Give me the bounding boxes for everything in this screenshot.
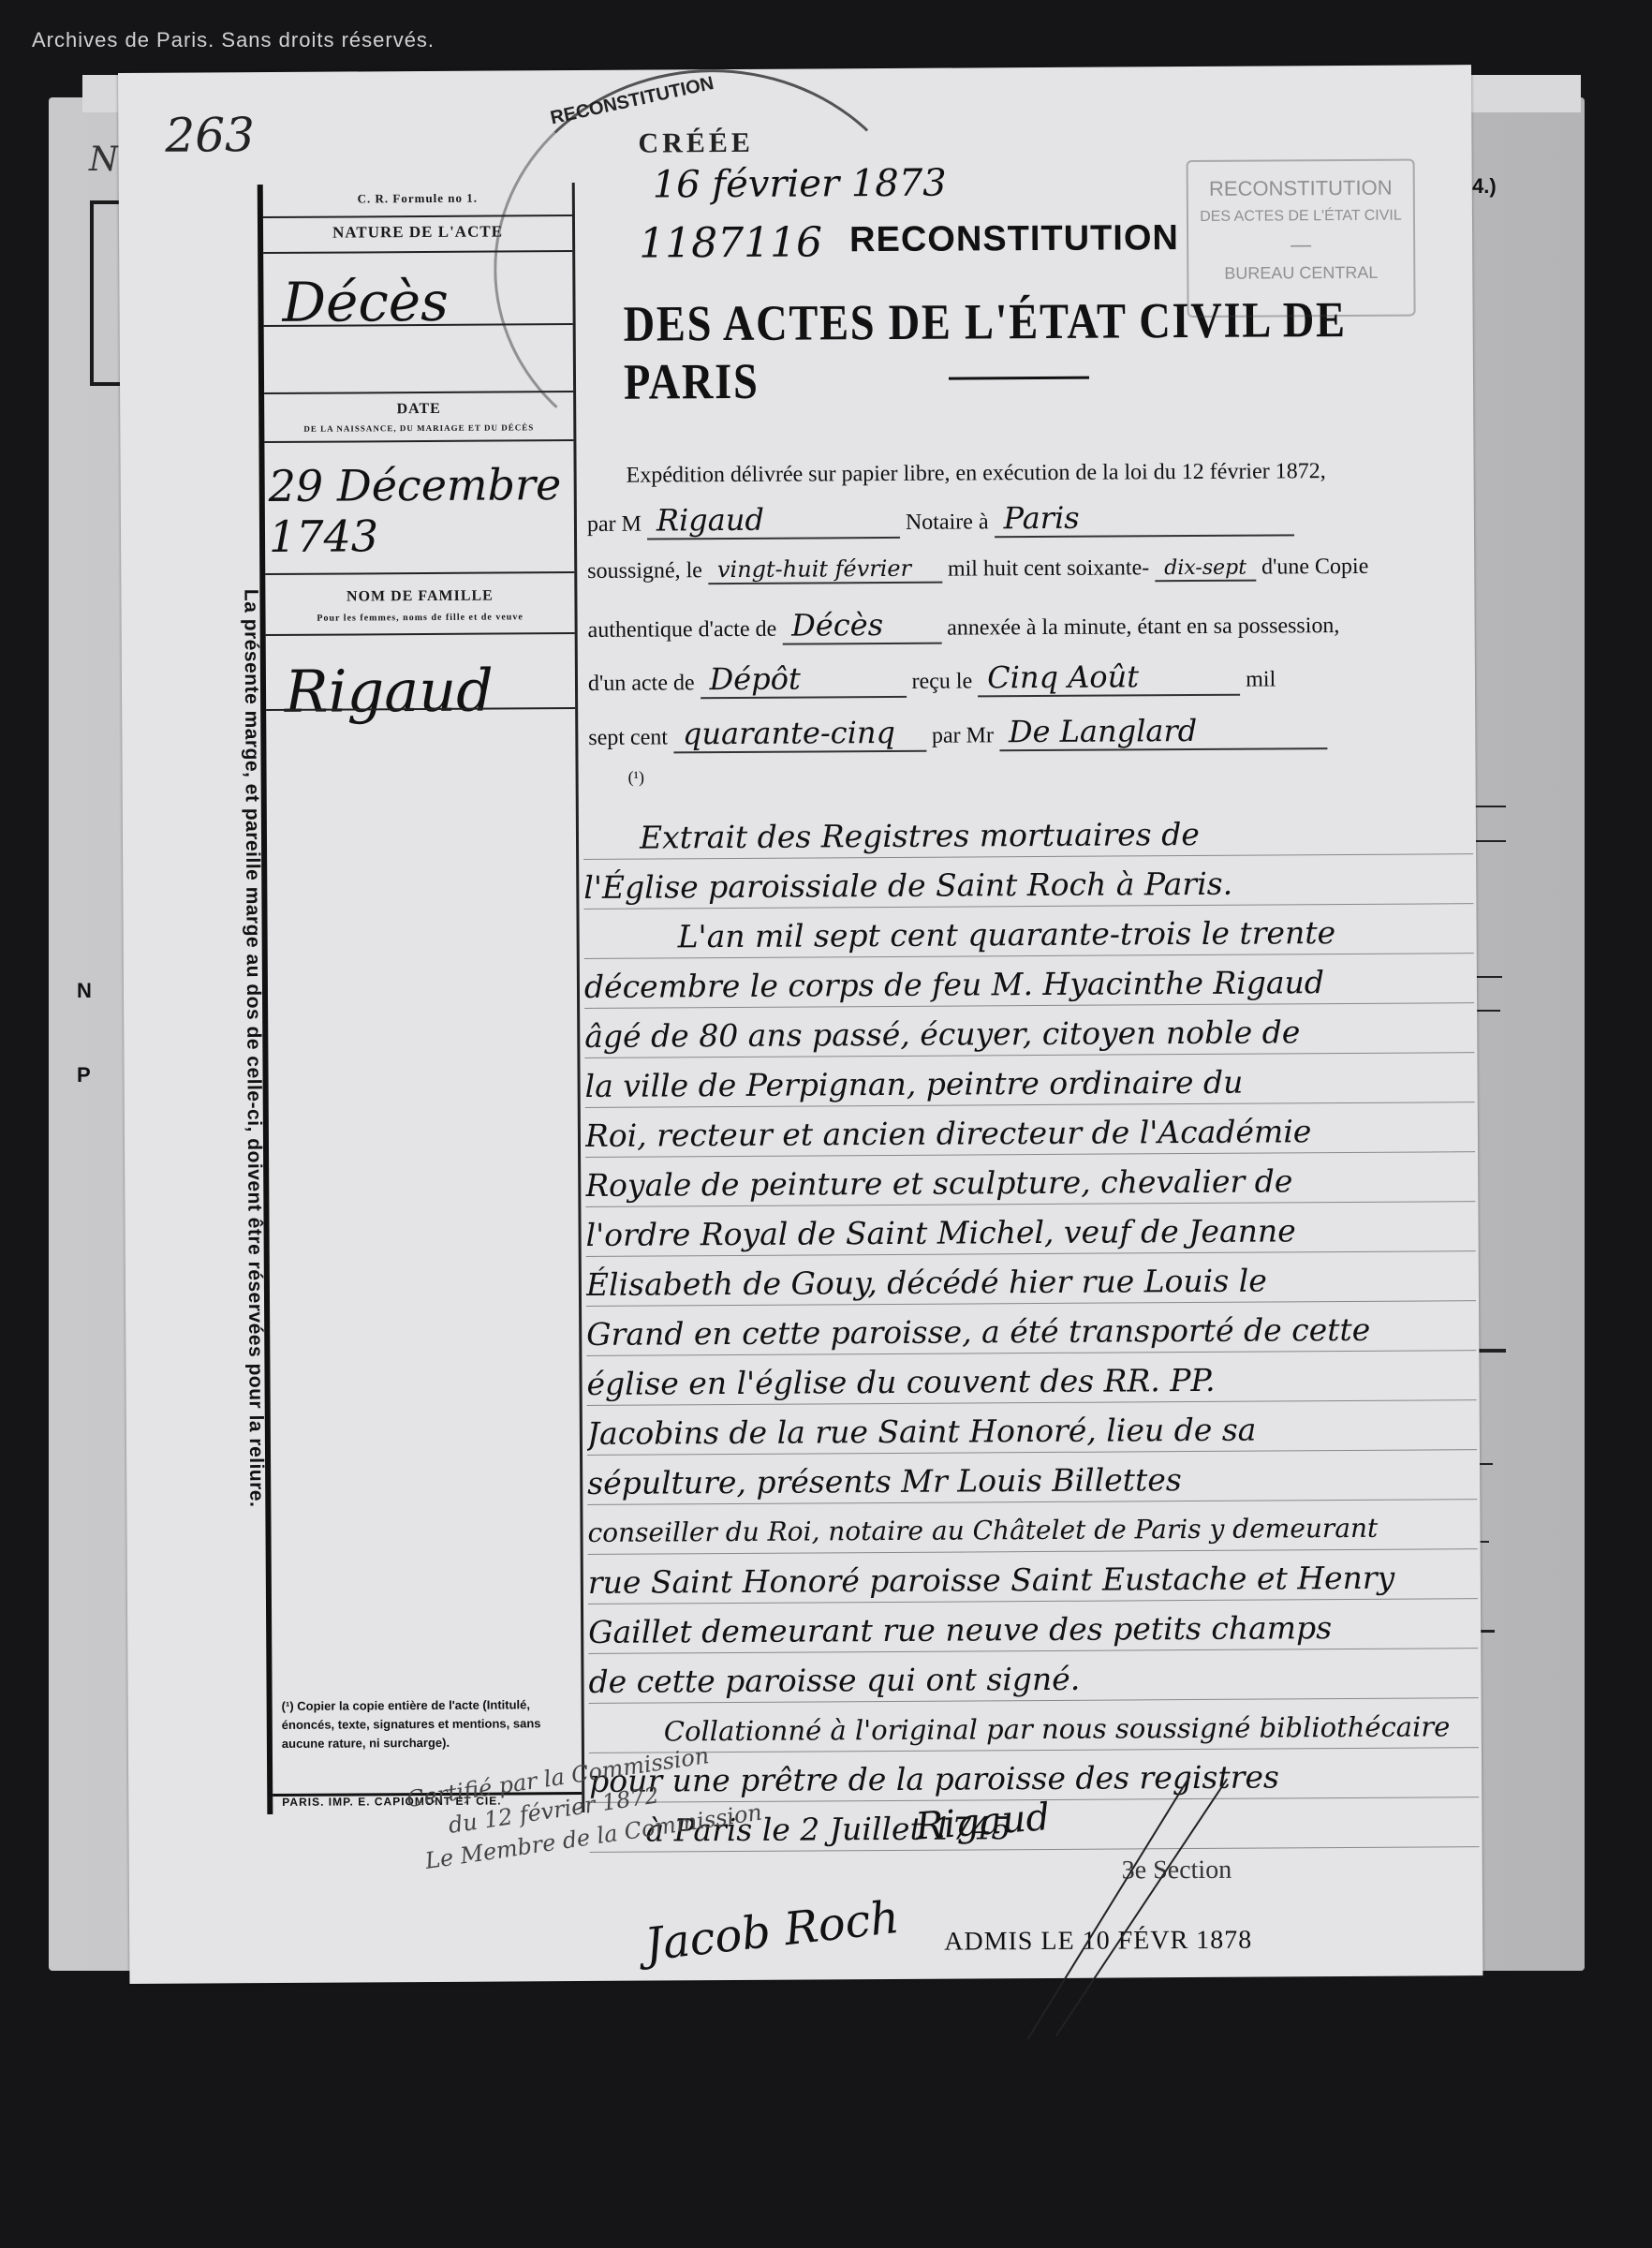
form-label: sept cent [588,725,668,750]
back-page-marker-p: P [77,1063,91,1087]
faded-stamp-line: — [1188,230,1413,259]
seal-date: 16 février 1873 [653,162,947,207]
form-label: d'une Copie [1261,555,1368,580]
seal-label: CRÉÉE [638,127,754,160]
form-label: annexée à la minute, étant en sa possess… [947,614,1339,641]
document-sheet: 263 RECONSTITUTION CRÉÉE 16 février 1873… [118,65,1482,1984]
back-page-marker-n: N [77,979,92,1003]
commission-signature: Jacob Roch [642,1891,902,1972]
page-number: 263 [165,108,255,163]
back-page-marker-right: 4.) [1472,174,1497,199]
form-line-notary: par M Rigaud Notaire à Paris [587,498,1294,540]
form-line-deposit-year: sept cent quarante-cinq par Mr De Langla… [588,712,1327,754]
form-label: mil [1246,667,1276,691]
title-reconstitution: RECONSTITUTION [849,218,1179,260]
margin-footnote: (¹) Copier la copie entière de l'acte (I… [282,1695,572,1753]
form-label: par Mr [932,723,994,747]
back-page-number: N [89,140,119,179]
archive-caption: Archives de Paris. Sans droits réservés. [32,28,435,52]
transcript-line: Roi, recteur et ancien directeur de l'Ac… [585,1102,1475,1158]
form-label: reçu le [912,669,973,693]
form-label: mil huit cent soixante- [948,555,1149,581]
transcript-line: L'an mil sept cent quarante-trois le tre… [583,904,1473,959]
transcript-line: Gaillet demeurant rue neuve des petits c… [588,1599,1478,1654]
handwritten-transcript: Extrait des Registres mortuaires de l'Ég… [583,805,1480,1853]
deposit-year: quarante-cinq [673,715,926,754]
footnote-marker: (¹) [628,768,645,788]
form-line-date: soussigné, le vingt-huit février mil hui… [587,553,1368,585]
nature-label: NATURE DE L'ACTE [263,222,572,243]
form-intro-text: Expédition délivrée sur papier libre, en… [627,459,1326,488]
transcript-line: Élisabeth de Gouy, décédé hier rue Louis… [586,1251,1476,1307]
transcript-line: Grand en cette paroisse, a été transport… [586,1301,1476,1356]
transcript-line: âgé de 80 ans passé, écuyer, citoyen nob… [584,1003,1474,1058]
date-label: DATE [264,400,573,419]
faded-stamp-line: RECONSTITUTION [1188,174,1413,203]
transcript-line: l'ordre Royal de Saint Michel, veuf de J… [585,1202,1475,1257]
issue-date: vingt-huit février [708,555,942,585]
act-type: Décès [782,607,941,645]
transcript-line: sépulture, présents Mr Louis Billettes [587,1450,1477,1505]
form-number: C. R. Formule no 1. [263,190,572,207]
faded-stamp: RECONSTITUTION DES ACTES DE L'ÉTAT CIVIL… [1187,159,1416,318]
form-intro: Expédition délivrée sur papier libre, en… [627,459,1326,489]
transcript-line: décembre le corps de feu M. Hyacinthe Ri… [584,954,1474,1009]
form-line-deposit: d'un acte de Dépôt reçu le Cinq Août mil [588,658,1276,699]
issue-year: dix-sept [1155,556,1256,583]
family-name-sublabel: Pour les femmes, noms de fille et de veu… [266,612,575,624]
deposit-notary: De Langlard [999,712,1327,751]
transcript-line: l'Église paroissiale de Saint Roch à Par… [583,854,1473,910]
deposit-date: Cinq Août [978,658,1240,698]
transcript-line: rue Saint Honoré paroisse Saint Eustache… [588,1549,1478,1605]
transcript-line: Jacobins de la rue Saint Honoré, lieu de… [587,1400,1477,1456]
form-line-type: authentique d'acte de Décès annexée à la… [588,604,1340,646]
transcript-line: église en l'église du couvent des RR. PP… [586,1351,1476,1406]
faded-stamp-line: DES ACTES DE L'ÉTAT CIVIL [1188,202,1413,231]
form-label: d'un acte de [588,671,695,696]
transcript-line: Royale de peinture et sculpture, chevali… [585,1152,1475,1207]
margin-column: C. R. Formule no 1. NATURE DE L'ACTE Déc… [258,183,585,1814]
faded-stamp-line: BUREAU CENTRAL [1188,259,1413,288]
form-label: par M [587,512,642,537]
form-label: soussigné, le [587,558,702,584]
form-label: Notaire à [906,510,989,535]
date-sublabel: DE LA NAISSANCE, DU MARIAGE ET DU DÉCÈS [264,422,573,434]
notary-name: Rigaud [647,501,900,540]
date-value: 29 Décembre 1743 [269,459,575,562]
notary-place: Paris [994,498,1293,538]
transcript-line: de cette paroisse qui ont signé. [588,1649,1478,1704]
family-name-label: NOM DE FAMILLE [265,587,574,606]
transcript-line: la ville de Perpignan, peintre ordinaire… [584,1053,1474,1108]
transcript-line: conseiller du Roi, notaire au Châtelet d… [587,1500,1477,1555]
form-label: authentique d'acte de [588,617,777,643]
admis-stamp: ADMIS LE 10 FÉVR 1878 [944,1926,1252,1958]
transcript-line: Extrait des Registres mortuaires de [583,805,1473,860]
seal-number: 1187116 [639,218,822,267]
deposit-act: Dépôt [700,660,906,699]
family-name-value: Rigaud [285,657,494,726]
